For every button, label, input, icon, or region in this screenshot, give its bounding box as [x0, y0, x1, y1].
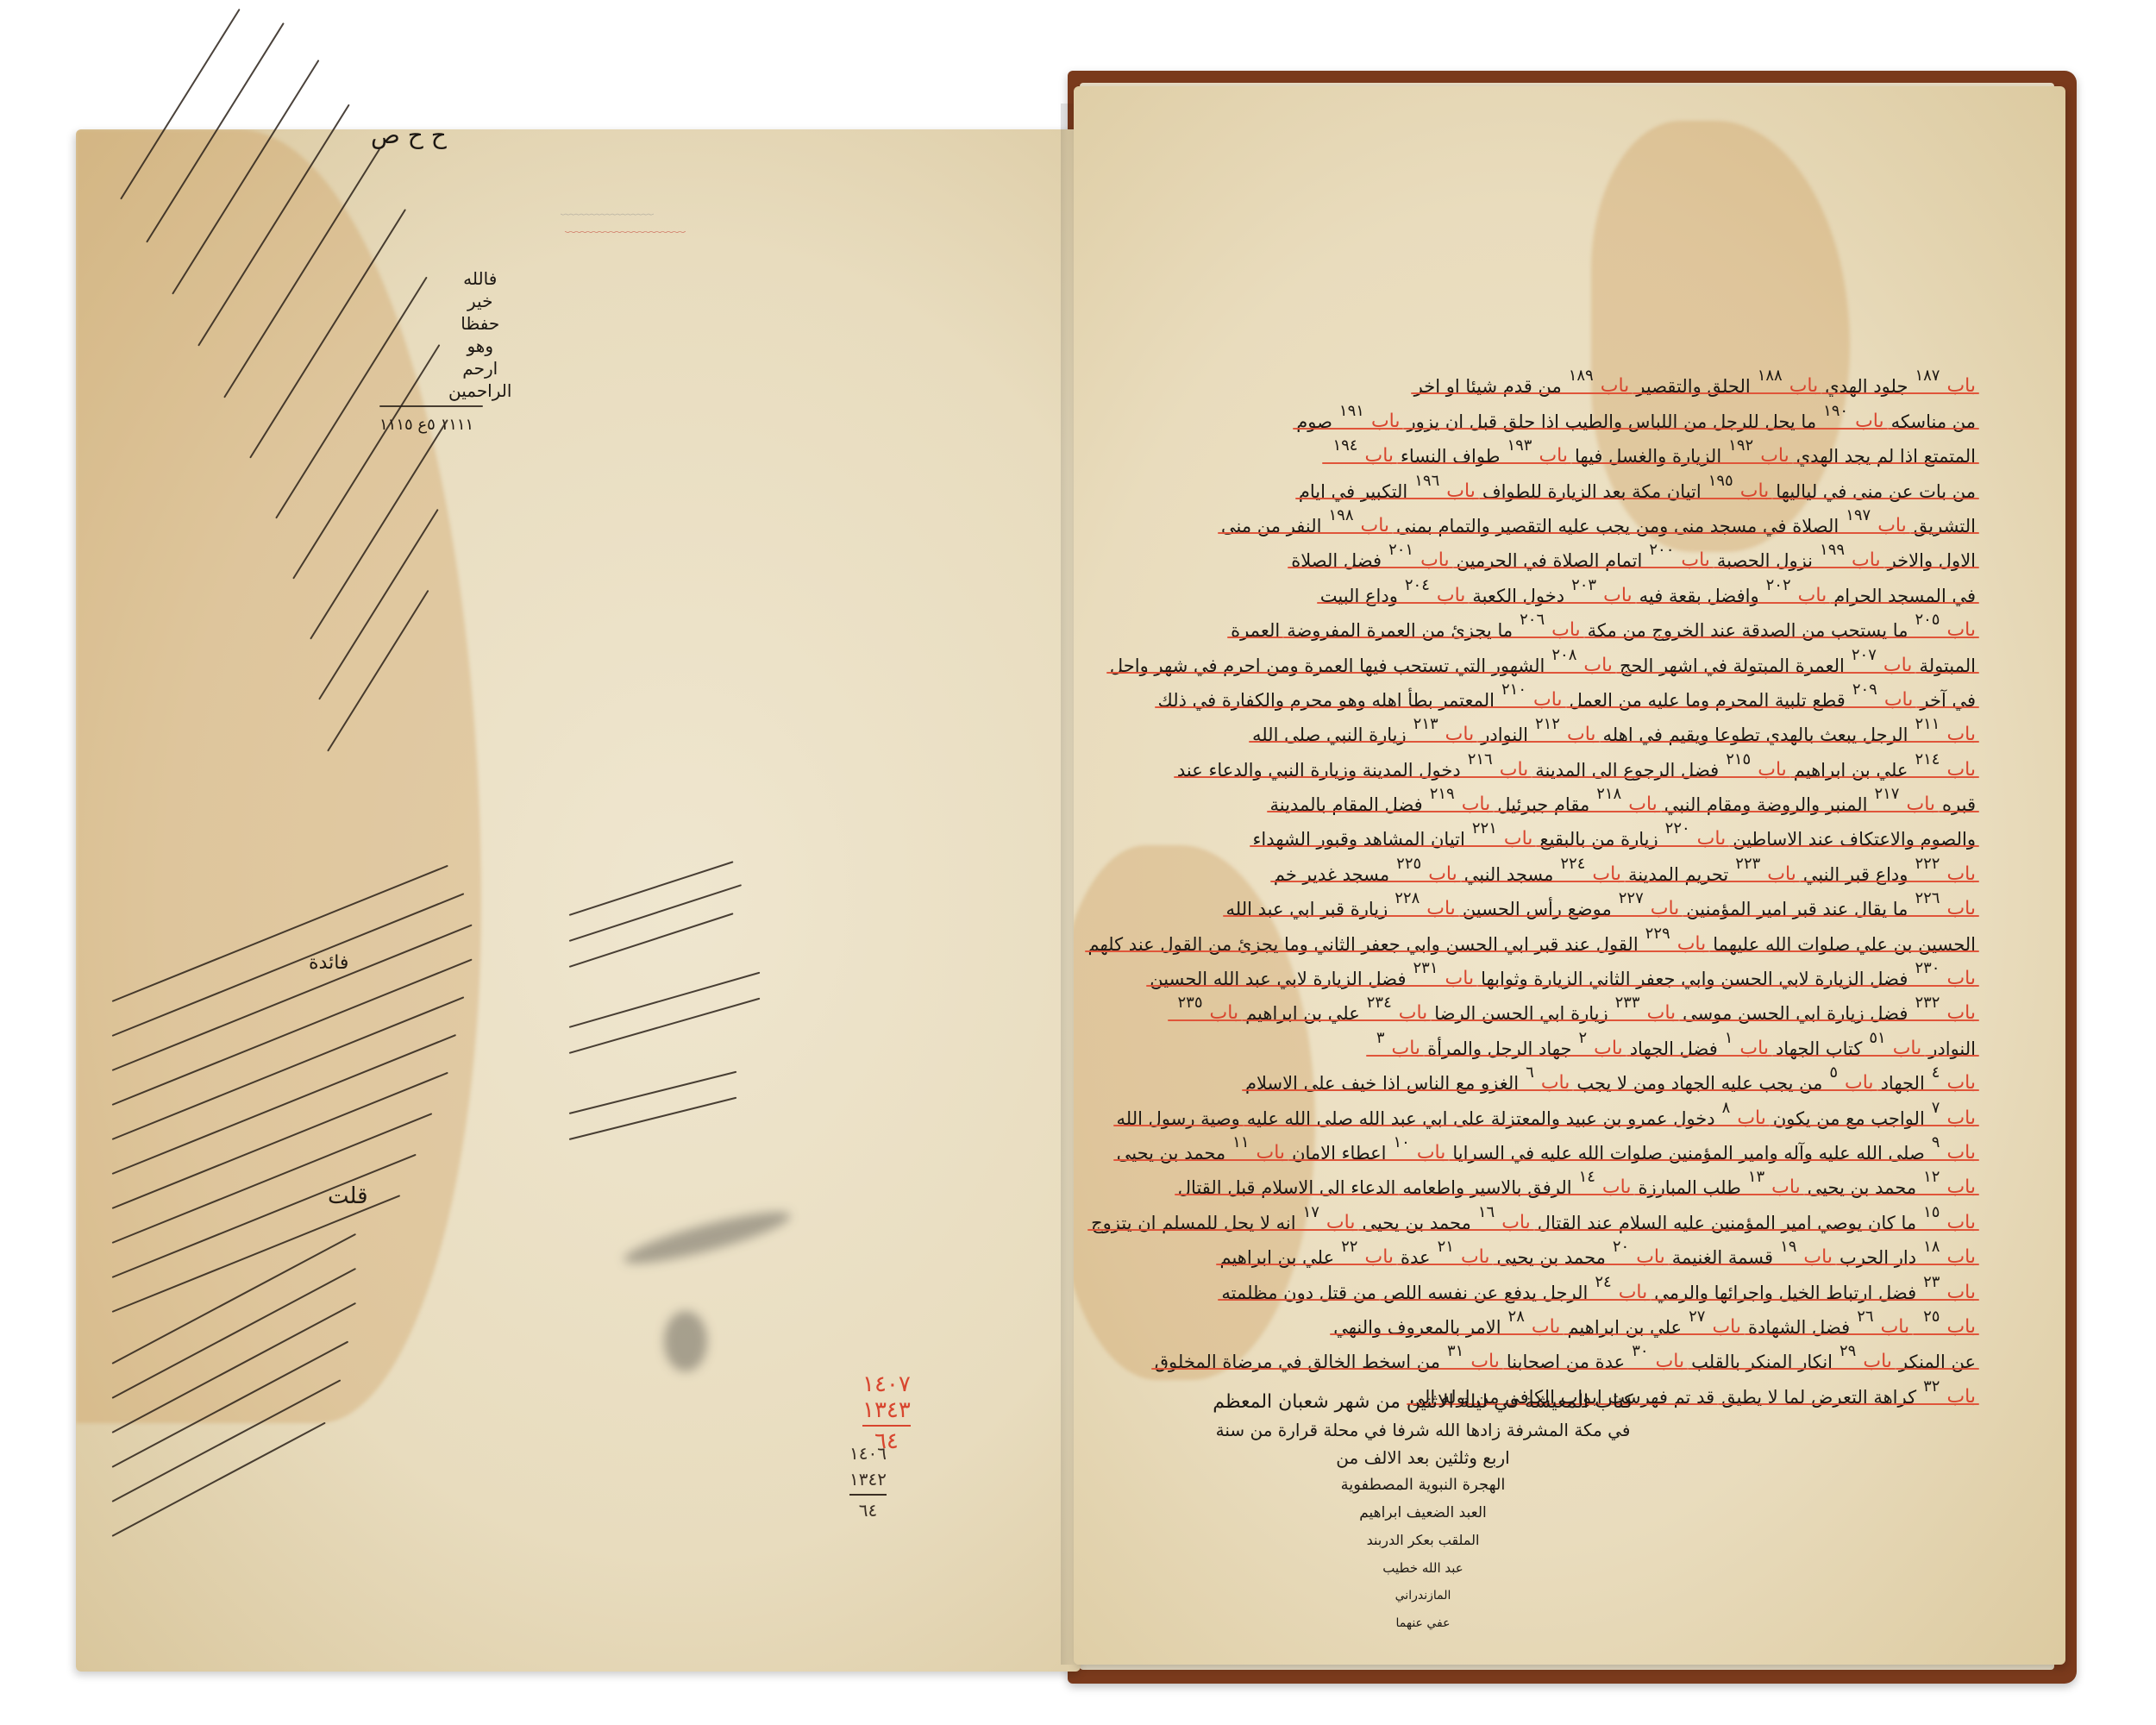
red-underline: [1146, 985, 1477, 987]
red-underline: [1469, 602, 1635, 604]
index-entry: باب٢٢٣تحريم المدينة: [1625, 863, 1800, 885]
red-underline: [1571, 462, 1793, 464]
index-entry: باب٢١٤علي بن ابراهيم: [1790, 759, 1979, 781]
red-underline: [1479, 498, 1772, 499]
index-entry: باب٢٠٠اتمام الصلاة في الحرمين: [1453, 549, 1714, 571]
red-underline: [1772, 1055, 1925, 1057]
index-row: التشريقباب١٩٧الصلاة في مسجد منى ومن يجب …: [1117, 502, 1979, 536]
index-entry: باب٢١٢النوادر: [1477, 724, 1599, 745]
red-underline: [1242, 1089, 1573, 1091]
index-row: المتمتع اذا لم يجد الهديباب١٩٢الزيارة وا…: [1117, 432, 1979, 467]
calc-middle: ١٣٤٣: [862, 1397, 911, 1423]
chapter-number: ١٩٣: [1507, 436, 1532, 455]
red-underline: [1380, 1299, 1651, 1301]
chapter-number: ١٨: [1923, 1238, 1940, 1256]
index-entry: باب٢٠محمد بن يحيى: [1493, 1246, 1668, 1268]
chapter-number: ٢٨: [1508, 1308, 1525, 1326]
red-underline: [1393, 532, 1910, 534]
index-entry: باب١٨٨الحلق والتقصير: [1633, 375, 1821, 397]
red-underline: [1683, 915, 1979, 917]
index-row: باب٤الجهادباب٥من يجب عليه الجهاد ومن لا …: [1117, 1059, 1979, 1094]
red-underline: [1718, 1403, 1979, 1405]
index-entry: باب٢٣١فضل الزيارة لابي عبد الله الحسين: [1146, 968, 1477, 989]
index-entry: باب١٨٩من قدم شيئا او اخر: [1411, 375, 1633, 397]
calc-top: ١٤٠٧: [862, 1371, 911, 1397]
red-underline: [1877, 1089, 1979, 1091]
chapter-number: ٢١١: [1915, 715, 1940, 733]
index-entry: عن المنكر: [1896, 1352, 1979, 1372]
index-entry: باب١٩٥اتيان مكة بعد الزيارة للطواف: [1479, 480, 1772, 502]
colophon-line: عبد الله خطيب: [1207, 1554, 1639, 1582]
red-underline: [1459, 915, 1683, 917]
chapter-number: ٢٧: [1689, 1308, 1705, 1326]
verse-line: فالله: [448, 267, 511, 290]
chapter-number: ٢٢٣: [1735, 855, 1760, 873]
index-entry: باب١٤الرفق بالاسير واطعامه: [1399, 1176, 1634, 1198]
verse-line: ارحم: [448, 357, 511, 379]
index-row: باب٩صلى الله عليه وآله وامير المؤمنين صل…: [1117, 1129, 1979, 1164]
chapter-number: ٢٩: [1839, 1342, 1856, 1360]
index-entry: باب٦الغزو مع الناس اذا خيف على الاسلام: [1242, 1072, 1573, 1094]
red-underline: [1293, 428, 1403, 430]
chapter-number: ٢١٨: [1596, 785, 1621, 803]
chapter-number: ٢١٩: [1430, 785, 1455, 803]
index-entry: باب٢٢١اتيان المشاهد وقبور الشهداء: [1250, 828, 1537, 850]
red-underline: [1793, 462, 1979, 464]
chapter-number: ١٩٤: [1332, 436, 1357, 455]
index-entry: الاول والاخر: [1884, 550, 1979, 571]
chapter-number: ٨: [1722, 1099, 1731, 1117]
red-underline: [1836, 1264, 1979, 1265]
chapter-number: ٢٠: [1613, 1238, 1629, 1256]
red-underline: [1283, 637, 1583, 638]
red-underline: [1584, 637, 1979, 638]
verse-line: خير: [448, 290, 511, 312]
index-entry: باب٢٢٦ما يقال عند قبر امير المؤمنين: [1683, 898, 1979, 919]
index-entry: باب٣: [1366, 1038, 1424, 1059]
index-entry: المتمتع اذا لم يجد الهدي: [1793, 446, 1979, 467]
index-row: باب١٨دار الحربباب١٩قسمة الغنيمةباب٢٠محمد…: [1117, 1233, 1979, 1268]
index-entry: وصية رسول الله: [1113, 1108, 1244, 1129]
rule-line: [379, 405, 483, 407]
red-underline: [1155, 706, 1566, 708]
index-entry: باب٢١٠المعتمر بطأ اهله وهو محرم والكفارة…: [1155, 689, 1566, 711]
colophon-line: العبد الضعيف ابراهيم: [1207, 1499, 1639, 1527]
red-underline: [1322, 462, 1397, 464]
index-entry: باب٢٣٠فضل الزيارة لابي الحسن وابي جعفر ا…: [1477, 968, 1979, 989]
chapter-number: ٢٢١: [1472, 819, 1497, 837]
colophon-line: كتاب المعيشة في ليلة الاثنين من شهر شعبا…: [1207, 1389, 1639, 1416]
index-row: من مناسكهباب١٩٠ما يحل للرجل من اللباس وا…: [1117, 397, 1979, 431]
colophon-line: اربع وثلثين بعد الالف من: [1207, 1444, 1639, 1471]
index-entry: باب٢٠٤وداع البيت: [1317, 585, 1470, 606]
index-entry: باب١٩٧الصلاة في مسجد منى ومن يجب عليه ال…: [1393, 515, 1910, 536]
index-row: باب٢٥باب٢٦فضل الشهادةباب٢٧علي بن ابراهيم…: [1117, 1303, 1979, 1338]
chapter-number: ١٢: [1923, 1168, 1940, 1186]
index-row: في آخرباب٢٠٩قطع تلبية المحرم وما عليه من…: [1117, 676, 1979, 711]
index-entry: قبره: [1939, 794, 1979, 815]
chapter-number: ٢٢٩: [1645, 925, 1670, 943]
red-underline: [1626, 1055, 1772, 1057]
chapter-number: ١١: [1232, 1133, 1249, 1151]
calc-result: ٦٤: [859, 1500, 877, 1521]
red-underline: [1532, 776, 1790, 778]
red-underline: [1449, 1159, 1979, 1161]
chapter-number: ٢: [1578, 1029, 1587, 1047]
chapter-number: ٢٠٢: [1766, 576, 1791, 594]
red-underline: [1330, 1333, 1564, 1335]
index-entry: باب١٨دار الحرب: [1836, 1246, 1979, 1268]
red-underline: [1494, 811, 1661, 812]
red-underline: [1461, 881, 1625, 882]
calc-middle: ١٣٤٢: [849, 1469, 887, 1490]
index-entry: باب٢٠٦ما يجزئ من العمرة المفروضة: [1283, 619, 1583, 641]
red-underline: [1424, 1055, 1626, 1057]
index-entry: باب١٩٤: [1322, 445, 1397, 467]
index-row: الحسين بن علي صلوات الله عليهماباب٢٢٩الق…: [1117, 919, 1979, 954]
index-entry: باب٢١٨مقام جبرئيل: [1494, 793, 1661, 815]
chapter-number: ٢٥: [1923, 1308, 1940, 1326]
red-underline: [1403, 428, 1887, 430]
index-entry: باب٢٠٧العمرة المبتولة في اشهر الحج: [1616, 655, 1916, 676]
red-underline: [1174, 776, 1532, 778]
index-row: من بات عن منى في لياليهاباب١٩٥اتيان مكة …: [1117, 467, 1979, 501]
index-row: باب٢٢٢وداع قبر النبيباب٢٢٣تحريم المدينةب…: [1117, 850, 1979, 884]
faded-red-seal: ﹏﹏﹏﹏﹏﹏﹏: [565, 211, 686, 236]
red-underline: [1566, 706, 1917, 708]
index-entry: باب١٦محمد بن يحيى: [1358, 1212, 1533, 1233]
chapter-number: ١: [1725, 1029, 1733, 1047]
chapter-number: ١٩: [1780, 1238, 1796, 1256]
red-underline: [1534, 1229, 1979, 1231]
red-underline: [1216, 1264, 1397, 1265]
chapter-number: ٢٢: [1341, 1238, 1357, 1256]
chapter-number: ٢١: [1438, 1238, 1454, 1256]
index-row: باب٢١١الرجل يبعث بالهدي تطوعا ويقيم في ا…: [1117, 711, 1979, 745]
red-underline: [1625, 881, 1800, 882]
chapter-number: ١٩١: [1339, 402, 1364, 420]
red-underline: [1772, 498, 1979, 499]
chapter-number: ٢٤: [1595, 1273, 1611, 1291]
index-entry: في آخر: [1916, 690, 1979, 711]
index-entry: باب٢٦فضل الشهادة: [1745, 1316, 1913, 1338]
red-underline: [1249, 741, 1477, 743]
red-underline: [1358, 1229, 1533, 1231]
index-entry: باب٢٢علي بن ابراهيم: [1216, 1246, 1397, 1268]
red-underline: [1113, 1125, 1244, 1126]
chapter-number: ٢٠٩: [1852, 681, 1877, 699]
index-entry: باب٢٠١فضل الصلاة: [1288, 549, 1452, 571]
chapter-number: ٢١٤: [1915, 750, 1940, 768]
red-underline: [1916, 706, 1979, 708]
colophon: كتاب المعيشة في ليلة الاثنين من شهر شعبا…: [1207, 1389, 1639, 1637]
red-underline: [1218, 1299, 1380, 1301]
index-row: باب١٥ما كان يوصي امير المؤمنين عليه السل…: [1117, 1198, 1979, 1233]
index-row: باب٢١٤علي بن ابراهيمباب٢١٥فضل الرجوع الى…: [1117, 745, 1979, 780]
index-entry: باب٢١١الرجل يبعث بالهدي تطوعا ويقيم في ا…: [1600, 724, 1979, 745]
red-underline: [1397, 462, 1571, 464]
index-entry: باب٢٠٣دخول الكعبة: [1469, 585, 1635, 606]
chapter-number: ٣٢: [1923, 1377, 1940, 1396]
index-entry: باب٢٩انكار المنكر بالقلب: [1688, 1351, 1896, 1372]
index-entry: من بات عن منى في لياليها: [1772, 481, 1979, 502]
red-underline: [1317, 602, 1470, 604]
index-entry: باب٢٢٨زيارة قبر ابي عبد الله: [1223, 898, 1459, 919]
red-underline: [1270, 881, 1461, 882]
index-entry: باب٢٢٤مسجد النبي: [1461, 863, 1625, 885]
chapter-number: ٤: [1932, 1063, 1940, 1082]
red-underline: [1600, 741, 1979, 743]
red-underline: [1106, 672, 1616, 674]
chapter-number: ٢٦: [1857, 1308, 1873, 1326]
index-entry: التشريق: [1910, 516, 1979, 536]
chapter-number: ٥: [1829, 1063, 1838, 1082]
index-entry: باب٢٢٠زيارة من بالبقيع: [1536, 828, 1729, 850]
index-entry: باب١٩٠ما يحل للرجل من اللباس والطيب اذا …: [1403, 411, 1887, 432]
chapter-number: ٢٢٢: [1915, 855, 1940, 873]
colophon-line: الهجرة النبوية المصطفوية: [1207, 1471, 1639, 1499]
calc-top: ١٤٠٦: [849, 1443, 887, 1464]
chapter-number: ٢٠٠: [1649, 541, 1674, 559]
chapter-number: ٢٠٥: [1915, 611, 1940, 629]
index-entry: باب٧الواجب مع من يكون: [1770, 1107, 1979, 1129]
red-underline: [1244, 1125, 1770, 1126]
red-underline: [1397, 1264, 1493, 1265]
index-entry: باب١٩٣طواف النساء: [1397, 445, 1571, 467]
index-entry: باب٤الجهاد: [1877, 1072, 1979, 1094]
red-underline: [1636, 602, 1831, 604]
chapter-number: ٧: [1932, 1099, 1940, 1117]
chapter-number: ٢٢٥: [1396, 855, 1421, 873]
chapter-number: ٢٠٨: [1551, 646, 1576, 664]
red-underline: [1218, 532, 1393, 534]
chapter-number: ٢٢٨: [1395, 889, 1420, 907]
chapter-number: ١٦: [1478, 1203, 1495, 1221]
chapter-number: ١٩٨: [1328, 506, 1353, 524]
index-entry: باب٢٤الرجل يدفع عن نفسه اللص: [1380, 1282, 1651, 1303]
index-row: باب١٢محمد بن يحيىباب١٣طلب المبارزةباب١٤ا…: [1117, 1164, 1979, 1198]
index-row: باب٢٣فضل ارتباط الخيل واجرائها والرميباب…: [1117, 1268, 1979, 1302]
chapter-number: ٢٣١: [1413, 959, 1438, 977]
red-underline: [1770, 1125, 1979, 1126]
index-entry: النوادر: [1925, 1038, 1979, 1059]
chapter-number: ٢٣: [1923, 1273, 1940, 1291]
index-entry: باب٢٢٢وداع قبر النبي: [1800, 863, 1979, 885]
chapter-number: ١٤: [1579, 1168, 1595, 1186]
index-entry: باب٢جهاد الرجل والمرأة: [1424, 1038, 1626, 1059]
colophon-line: عفي عنهما: [1207, 1609, 1639, 1637]
index-entry: باب٥من يجب عليه الجهاد ومن لا يجب: [1573, 1072, 1877, 1094]
index-row: المبتولةباب٢٠٧العمرة المبتولة في اشهر ال…: [1117, 641, 1979, 675]
chapter-number: ٢١٠: [1501, 681, 1526, 699]
index-entry: باب٢٣٢فضل زيارة ابي الحسن موسى: [1679, 1002, 1979, 1024]
chapter-number: ٢٣٥: [1178, 994, 1203, 1012]
chapter-number: ٢٠٦: [1520, 611, 1545, 629]
red-underline: [1573, 1089, 1877, 1091]
chapter-number: ١٩٦: [1414, 472, 1439, 490]
red-underline: [1669, 1264, 1836, 1265]
chapter-number: ١٠: [1393, 1133, 1409, 1151]
index-entry: باب٢١٦دخول المدينة وزيارة النبي والدعاء …: [1174, 759, 1532, 781]
colophon-line: في مكة المشرفة زادها الله شرفا في محلة ق…: [1207, 1416, 1639, 1444]
chapter-number: ٢١٣: [1413, 715, 1438, 733]
index-entry: باب١٩٦التكبير في ايام: [1295, 480, 1479, 502]
verse-line: حفظا: [448, 312, 511, 335]
index-row: والصوم والاعتكاف عند الاساطينباب٢٢٠زيارة…: [1117, 815, 1979, 850]
chapter-number: ٢٢٠: [1665, 819, 1690, 837]
index-entry: باب١٠اعطاء الامان: [1288, 1142, 1449, 1164]
index-entry: باب٢٨الامر بالمعروف والنهي: [1330, 1316, 1564, 1338]
index-entry: باب٢٣فضل ارتباط الخيل واجرائها والرمي: [1651, 1282, 1979, 1303]
index-entry: في المسجد الحرام: [1830, 586, 1979, 606]
index-entry: باب٣٠عدة من اصحابنا: [1503, 1351, 1688, 1372]
chapter-number: ٦: [1526, 1063, 1534, 1082]
index-entry: باب١٩قسمة الغنيمة: [1669, 1246, 1836, 1268]
chapter-number: ٢٠١: [1388, 541, 1413, 559]
index-row: باب٢٣٠فضل الزيارة لابي الحسن وابي جعفر ا…: [1117, 955, 1979, 989]
index-entry: باب٢١٥فضل الرجوع الى المدينة: [1532, 759, 1790, 781]
index-entry: باب٢٠٩قطع تلبية المحرم وما عليه من العمل: [1566, 689, 1917, 711]
red-underline: [1910, 532, 1979, 534]
index-entry: باب١٩٢الزيارة والغسل فيها: [1571, 445, 1793, 467]
index-row: باب٢٢٦ما يقال عند قبر امير المؤمنينباب٢٢…: [1117, 885, 1979, 919]
index-entry: باب٢٣٥: [1168, 1002, 1243, 1024]
chapter-number: ١٣: [1748, 1168, 1764, 1186]
index-row: النوادرباب٥١كتاب الجهادباب١فضل الجهادباب…: [1117, 1024, 1979, 1058]
quran-verse-note: فالله خير حفظا وهو ارحم الراحمين: [448, 267, 511, 402]
red-underline: [1913, 1333, 1979, 1335]
chapter-number: ٢١٦: [1468, 750, 1493, 768]
colophon-line: المازندراني: [1207, 1582, 1639, 1609]
chapter-number: ٣٠: [1632, 1342, 1648, 1360]
chapter-number: ٢٠٧: [1852, 646, 1877, 664]
index-entry: باب١٣طلب المبارزة: [1634, 1176, 1803, 1198]
red-underline: [1830, 602, 1979, 604]
index-entry: باب١٧انه لا يحل للمسلم ان يتزوج: [1087, 1212, 1358, 1233]
chapter-number: ٢١٧: [1874, 785, 1899, 803]
chapter-number: ١٧: [1303, 1203, 1319, 1221]
chapter-number: ٩: [1932, 1133, 1940, 1151]
red-underline: [1915, 672, 1979, 674]
ink-number-calculation: ١٤٠٦ ١٣٤٢ ٦٤: [849, 1440, 887, 1523]
index-entry: باب١٩١صوم: [1293, 411, 1403, 432]
chapter-number: ٥١: [1869, 1029, 1885, 1047]
index-entry: باب٢١٩فضل المقام بالمدينة: [1267, 793, 1495, 815]
index-entry: باب٢٢٩القول عند قبر ابي الحسن وابي جعفر …: [1085, 933, 1710, 955]
chapter-number: ٢١٢: [1535, 715, 1560, 733]
red-underline: [1113, 1159, 1288, 1161]
index-entry: باب٢٢٧موضع رأس الحسين: [1459, 898, 1683, 919]
red-underline: [1745, 1333, 1913, 1335]
red-underline: [1227, 637, 1283, 638]
index-row: الاول والاخرباب١٩٩نزول الحصبةباب٢٠٠اتمام…: [1117, 536, 1979, 571]
red-underline: [1493, 1264, 1668, 1265]
chapter-number: ٣١: [1447, 1342, 1463, 1360]
index-entry: باب٢٧علي بن ابراهيم: [1564, 1316, 1745, 1338]
index-entry: باب٢٣٣زيارة ابي الحسن الرضا: [1431, 1002, 1679, 1024]
index-row: عن المنكرباب٢٩انكار المنكر بالقلبباب٣٠عد…: [1117, 1338, 1979, 1372]
chapter-number: ٢٠٣: [1571, 576, 1596, 594]
index-row: باب١٨٧جلود الهديباب١٨٨الحلق والتقصيرباب١…: [1117, 362, 1979, 397]
chapter-index-table: باب١٨٧جلود الهديباب١٨٨الحلق والتقصيرباب١…: [1117, 362, 1979, 1408]
index-entry: باب١١محمد بن يحيى: [1113, 1142, 1288, 1164]
red-underline: [1223, 915, 1459, 917]
chapter-number: ٢٣٢: [1915, 994, 1940, 1012]
chapter-number: ١٥: [1923, 1203, 1940, 1221]
index-entry: باب٣١من اسخط الخالق في مرضاة المخلوق: [1151, 1351, 1503, 1372]
index-row: قبرهباب٢١٧المنبر والروضة ومقام النبيباب٢…: [1117, 781, 1979, 815]
chapter-number: ١٩٧: [1846, 506, 1871, 524]
index-entry: باب٩صلى الله عليه وآله وامير المؤمنين صل…: [1449, 1142, 1979, 1164]
index-row: في المسجد الحرامباب٢٠٢وافضل بقعة فيهباب٢…: [1117, 571, 1979, 605]
chapter-number: ١٩٠: [1823, 402, 1848, 420]
red-underline: [1267, 811, 1495, 812]
chapter-number: ١٩٢: [1728, 436, 1753, 455]
red-underline: [1477, 985, 1979, 987]
index-entry: باب٢٢٥مسجد غدير خم: [1270, 863, 1461, 885]
index-entry: باب١٩٨النفر من منى: [1218, 515, 1393, 536]
red-underline: [1790, 776, 1979, 778]
index-entry: باب٢٣٤علي بن ابراهيم: [1242, 1002, 1431, 1024]
index-entry: باب٢٥: [1913, 1316, 1979, 1338]
chapter-number: ٢٣٣: [1615, 994, 1640, 1012]
index-row: باب٧الواجب مع من يكونباب٨دخول عمرو بن عب…: [1117, 1094, 1979, 1128]
red-underline: [1366, 1055, 1424, 1057]
verse-line: وهو: [448, 335, 511, 357]
red-underline: [1087, 1229, 1358, 1231]
index-row: باب٢٣٢فضل زيارة ابي الحسن موسىباب٢٣٣زيار…: [1117, 989, 1979, 1024]
index-entry: باب١فضل الجهاد: [1626, 1038, 1772, 1059]
index-entry: العمرة: [1227, 620, 1283, 641]
chapter-number: ١٩٥: [1708, 472, 1733, 490]
top-marks: ح ح ص: [371, 121, 447, 149]
index-entry: باب١٨٧جلود الهدي: [1821, 375, 1979, 397]
red-underline: [1800, 881, 1979, 882]
chapter-number: ٣: [1376, 1029, 1385, 1047]
chapter-number: ٢١٥: [1726, 750, 1751, 768]
index-entry: المبتولة: [1915, 655, 1979, 676]
red-underline: [1616, 672, 1916, 674]
index-row: باب٢٠٥ما يستحب من الصدقة عند الخروج من م…: [1117, 606, 1979, 641]
index-entry: باب١٩٩نزول الحصبة: [1714, 549, 1884, 571]
red-marker-qult: قلت: [328, 1182, 368, 1211]
chapter-number: ٢٠٤: [1405, 576, 1430, 594]
colophon-line: الملقب بعكر الدربند: [1207, 1527, 1639, 1554]
red-underline: [1709, 950, 1979, 952]
index-entry: باب٢١٧المنبر والروضة ومقام النبي: [1661, 793, 1939, 815]
index-entry: باب١٥ما كان يوصي امير المؤمنين عليه السل…: [1534, 1212, 1979, 1233]
chapter-number: ١٨٩: [1569, 367, 1594, 385]
red-underline: [1288, 1159, 1449, 1161]
index-entry: باب٢٠٨الشهور التي تستحب فيها العمرة ومن …: [1106, 655, 1616, 676]
index-entry: الحسين بن علي صلوات الله عليهما: [1709, 934, 1979, 955]
red-underline: [1295, 498, 1479, 499]
chapter-number: ٢٢٤: [1560, 855, 1585, 873]
index-entry: باب٢٠٢وافضل بقعة فيه: [1636, 585, 1831, 606]
verse-line: الراحمين: [448, 379, 511, 402]
red-underline: [1651, 1299, 1979, 1301]
open-manuscript: ح ح ص ﹏﹏﹏﹏﹏﹏ ﹏﹏﹏﹏﹏﹏﹏ فالله خير حفظا وهو …: [0, 0, 2156, 1725]
index-entry: من مناسكه: [1888, 411, 1979, 432]
index-entry: باب٣٢كراهة التعرض لما لا يطيق: [1718, 1386, 1979, 1408]
water-stain: [76, 129, 481, 1423]
chapter-number: ١٨٨: [1758, 367, 1783, 385]
chapter-number: ١٩٩: [1820, 541, 1845, 559]
red-underline: [1477, 741, 1599, 743]
index-entry: والصوم والاعتكاف عند الاساطين: [1729, 829, 1979, 850]
ink-blot: [664, 1311, 707, 1371]
chapter-number: ٢٣٠: [1915, 959, 1940, 977]
